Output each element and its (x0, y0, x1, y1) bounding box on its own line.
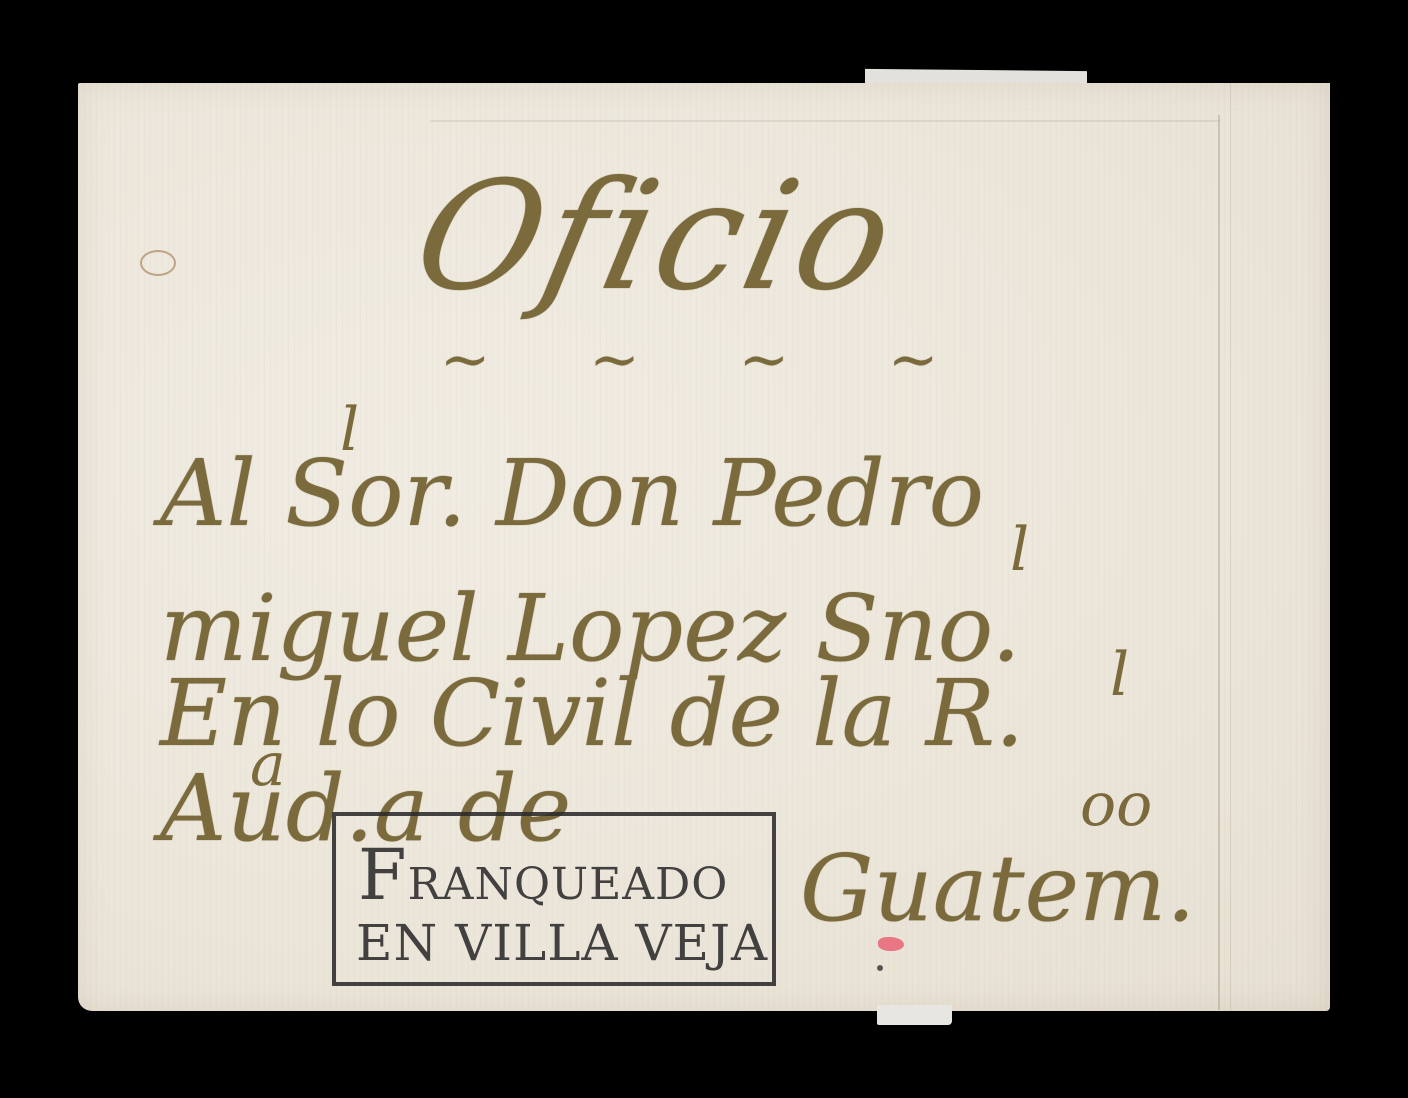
fold-line (1218, 115, 1220, 1010)
superscript-sor: l (340, 395, 359, 465)
ink-dot (877, 965, 883, 971)
postmark-initial: F (358, 834, 408, 916)
postmark-line-1: FRANQUEADO (358, 834, 728, 916)
address-line-1: Al Sor. Don Pedro (160, 440, 984, 547)
address-line-3: En lo Civil de la R. (160, 660, 1024, 767)
superscript-sno: l (1010, 515, 1029, 585)
postmark-line-1-rest: RANQUEADO (408, 859, 729, 910)
address-line-5: Guatem. (800, 835, 1196, 942)
fold-line (430, 120, 1220, 122)
superscript-oo: oo (1080, 770, 1152, 840)
heading-flourish: ~ ~ ~ ~ (440, 325, 978, 395)
fold-line (1230, 83, 1231, 1011)
superscript-rl: l (1110, 640, 1129, 710)
franqueado-postmark: FRANQUEADO EN VILLA VEJA (332, 812, 776, 986)
red-ink-mark (878, 937, 904, 951)
stain-ring (140, 250, 176, 276)
heading-oficio: Oficio (402, 150, 912, 324)
superscript-auda: a (250, 730, 286, 800)
postmark-line-2: EN VILLA VEJA (356, 914, 768, 972)
bottom-flap (877, 1005, 952, 1025)
